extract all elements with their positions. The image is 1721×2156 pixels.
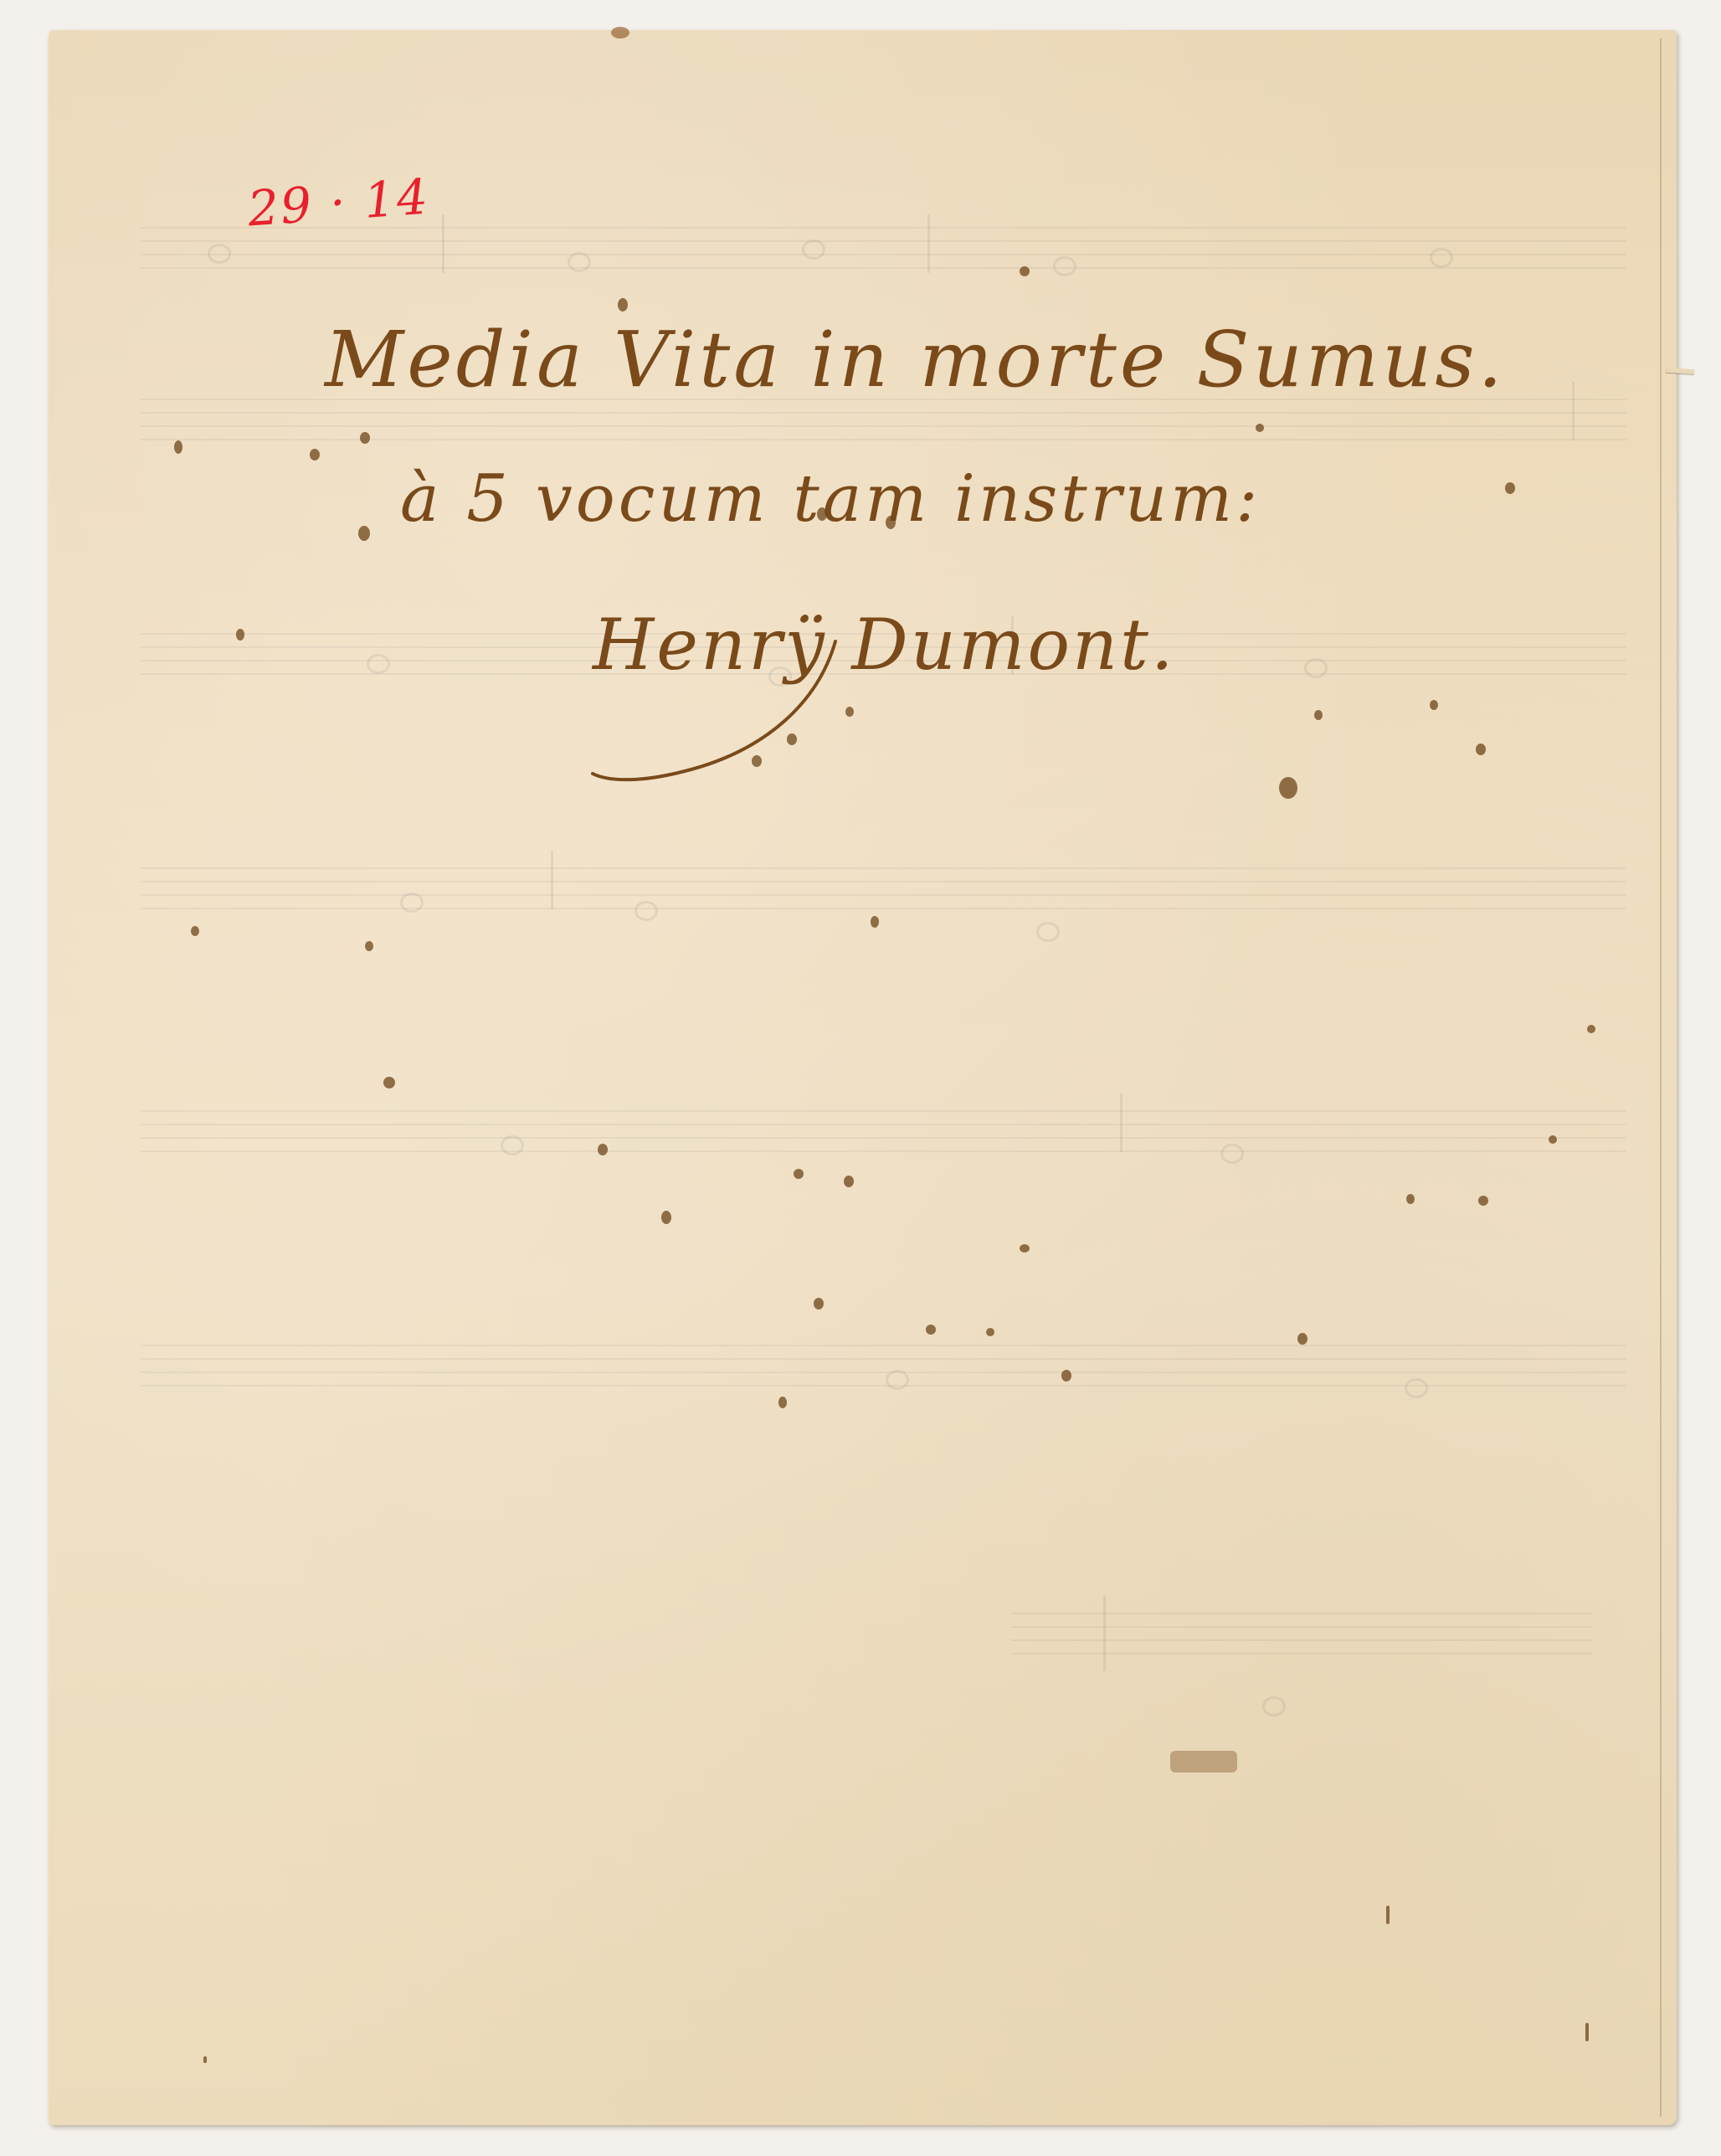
ink-blot: [1279, 777, 1297, 799]
ink-spot: [174, 440, 182, 454]
ink-spot: [1020, 1244, 1030, 1253]
ink-spot: [358, 526, 370, 541]
ghost-note: [802, 239, 825, 260]
ink-spot: [817, 507, 827, 521]
work-title: Media Vita in morte Sumus.: [325, 315, 1506, 404]
ink-spot: [844, 1176, 854, 1187]
ink-spot: [1478, 1196, 1488, 1206]
ghost-note: [1053, 256, 1076, 276]
ghost-note: [501, 1135, 524, 1155]
ink-spot: [1549, 1135, 1557, 1144]
ink-spot: [383, 1077, 395, 1088]
ink-spot: [926, 1325, 936, 1335]
ink-spot: [1020, 266, 1030, 276]
ink-mark: [1386, 1906, 1390, 1924]
ink-spot: [598, 1144, 608, 1155]
ink-spot: [1476, 744, 1486, 755]
ink-spot: [1061, 1370, 1071, 1382]
ink-spot: [310, 449, 320, 461]
ghost-note: [1220, 1144, 1244, 1164]
ghost-note: [1036, 922, 1060, 942]
ghost-stem: [927, 214, 930, 273]
ghost-staff: [141, 227, 1626, 280]
composer-name: Henrÿ Dumont.: [593, 604, 1176, 686]
ghost-note: [886, 1370, 909, 1390]
ink-spot: [1256, 424, 1264, 432]
catalogue-number: 29 · 14: [246, 168, 431, 238]
ink-spot: [752, 755, 762, 767]
top-edge-stain: [611, 27, 629, 39]
ghost-staff: [1011, 1613, 1593, 1666]
ink-spot: [1430, 700, 1438, 710]
ink-spot: [1297, 1333, 1307, 1345]
ghost-stem: [1103, 1596, 1106, 1671]
ink-mark: [203, 2056, 207, 2063]
ink-spot: [794, 1169, 804, 1179]
ink-spot: [191, 926, 199, 936]
ink-spot: [986, 1328, 994, 1336]
ink-spot: [1587, 1025, 1595, 1033]
scoring-line: à 5 vocum tam instrum:: [400, 461, 1261, 537]
ink-spot: [365, 941, 373, 951]
ink-spot: [845, 707, 854, 717]
ghost-note: [1262, 1696, 1286, 1716]
ink-spot: [886, 516, 896, 529]
ghost-staff: [141, 1110, 1626, 1164]
ink-spot: [360, 432, 370, 444]
ghost-note: [634, 901, 658, 921]
ghost-stem: [1120, 1093, 1123, 1152]
ink-spot: [787, 733, 797, 745]
ghost-note: [1405, 1378, 1428, 1398]
ink-spot: [871, 916, 879, 928]
ink-spot: [661, 1211, 671, 1224]
ink-spot: [1505, 482, 1515, 494]
ghost-note: [367, 654, 390, 674]
ink-mark: [1585, 2023, 1589, 2041]
ghost-staff: [141, 399, 1626, 452]
ink-spot: [778, 1397, 787, 1408]
ink-spot: [236, 629, 244, 641]
ink-spot: [618, 298, 628, 311]
ghost-staff: [141, 1345, 1626, 1398]
faint-stain: [1170, 1751, 1237, 1773]
ghost-note: [1304, 658, 1328, 678]
manuscript-page: 29 · 14 Media Vita in morte Sumus. à 5 v…: [49, 30, 1677, 2125]
ghost-note: [400, 893, 424, 913]
ink-spot: [1314, 710, 1323, 720]
ghost-stem: [551, 851, 553, 909]
ink-spot: [1406, 1194, 1415, 1204]
ghost-note: [208, 244, 231, 264]
ghost-note: [568, 252, 591, 272]
ink-spot: [814, 1298, 824, 1310]
ghost-note: [1430, 248, 1453, 268]
ghost-stem: [442, 214, 444, 273]
ghost-stem: [1572, 382, 1575, 440]
ghost-staff: [141, 867, 1626, 921]
